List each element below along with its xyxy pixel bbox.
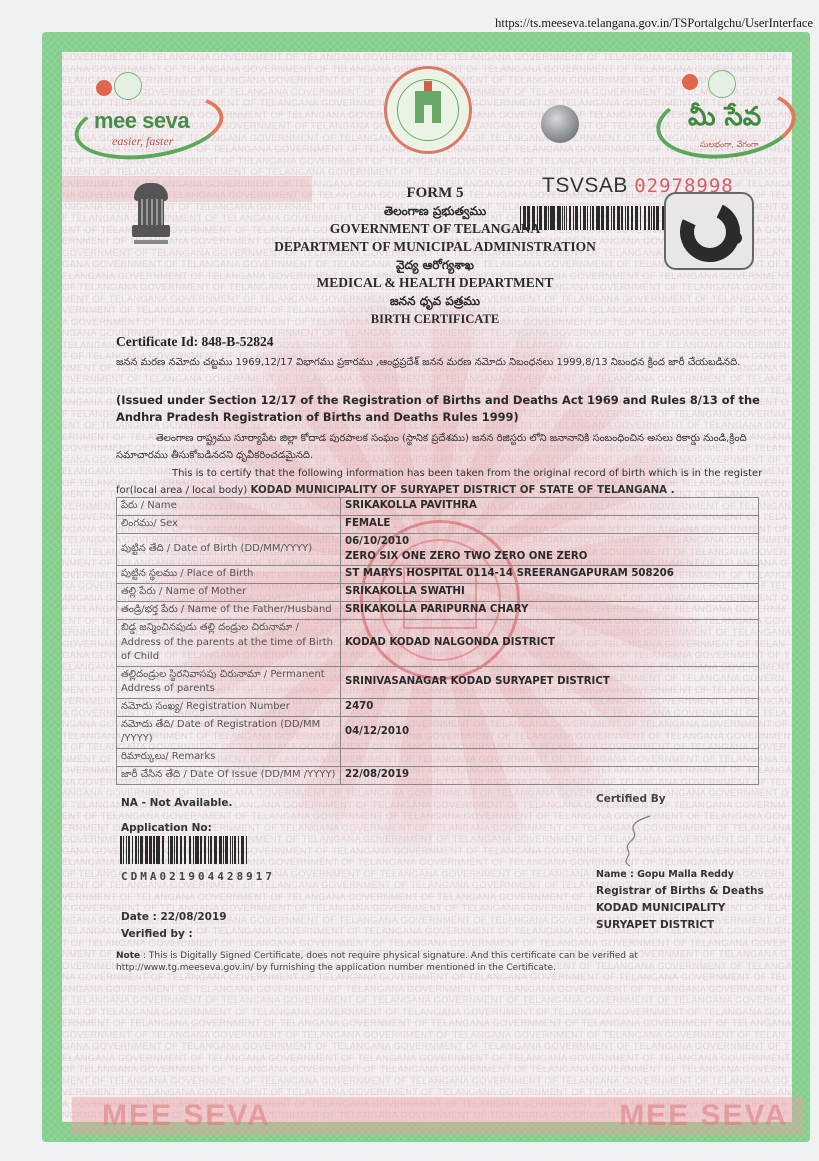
registrar-block: Name : Gopu Malla Reddy Registrar of Bir… [596, 866, 764, 934]
mee-seva-band: MEE SEVA MEE SEVA [72, 1097, 804, 1135]
table-row: పుట్టిన తేది / Date of Birth (DD/MM/YYYY… [117, 534, 759, 566]
browser-url: https://ts.meeseva.telangana.gov.in/TSPo… [495, 16, 813, 31]
signature-icon [610, 810, 670, 870]
field-value [341, 748, 759, 766]
table-row: పేరు / NameSRIKAKOLLA PAVITHRA [117, 498, 759, 516]
field-label: లింగము/ Sex [117, 516, 341, 534]
digital-signature-logo-icon [664, 192, 754, 270]
field-value-words: ZERO SIX ONE ZERO TWO ZERO ONE ZERO [345, 550, 754, 565]
field-label: జారీ చేసిన తేది / Date Of Issue (DD/MM /… [117, 766, 341, 784]
note-label: Note [116, 951, 140, 961]
field-label: బిడ్డ జన్మించినపుడు తల్లి దండ్రుల చిరునా… [117, 620, 341, 667]
application-barcode [120, 836, 248, 864]
table-row: తండ్రి/భర్త పేరు / Name of the Father/Hu… [117, 602, 759, 620]
table-row: జారీ చేసిన తేది / Date Of Issue (DD/MM /… [117, 766, 759, 784]
mee-seva-telugu-logo: మీ సేవ సులభంగా, వేగంగా [650, 74, 800, 164]
band-text-right: MEE SEVA [619, 1099, 788, 1133]
table-row: పుట్టిన స్థలము / Place of BirthST MARYS … [117, 566, 759, 584]
table-row: రిమార్కులు/ Remarks [117, 748, 759, 766]
certified-by-label: Certified By [596, 793, 666, 805]
certificate-title: BIRTH CERTIFICATE [250, 310, 620, 328]
table-row: తల్లిదండ్రుల స్థిరనివాసపు చిరునామా / Per… [117, 666, 759, 698]
field-value: 06/10/2010ZERO SIX ONE ZERO TWO ZERO ONE… [341, 534, 759, 566]
field-label: పుట్టిన తేది / Date of Birth (DD/MM/YYYY… [117, 534, 341, 566]
verified-by: Verified by : [121, 928, 193, 940]
field-label: పుట్టిన స్థలము / Place of Birth [117, 566, 341, 584]
field-value: SRIKAKOLLA PARIPURNA CHARY [341, 602, 759, 620]
logo-tagline: సులభంగా, వేగంగా [700, 140, 758, 151]
field-label: నమోదు సంఖ్య/ Registration Number [117, 698, 341, 716]
smiley-icon [682, 74, 698, 90]
registrar-name: Name : Gopu Malla Reddy [596, 866, 764, 883]
table-row: నమోదు తేది/ Date of Registration (DD/MM … [117, 716, 759, 748]
telangana-emblem-icon [114, 72, 142, 100]
registrar-office: KODAD MUNICIPALITY [596, 900, 764, 917]
table-row: తల్లి పేరు / Name of MotherSRIKAKOLLA SW… [117, 584, 759, 602]
registrar-district: SURYAPET DISTRICT [596, 917, 764, 934]
issue-clause-telugu: జనన మరణ నమోదు చట్టము 1969,12/17 విభాగము … [116, 354, 761, 371]
registrar-title: Registrar of Births & Deaths [596, 883, 764, 900]
table-row: బిడ్డ జన్మించినపుడు తల్లి దండ్రుల చిరునా… [117, 620, 759, 667]
field-value: KODAD KODAD NALGONDA DISTRICT [341, 620, 759, 667]
field-value-line: 06/10/2010 [345, 535, 754, 550]
certify-clause: This is to certify that the following in… [116, 466, 766, 499]
telangana-emblem-icon [708, 70, 736, 98]
field-value: SRINIVASANAGAR KODAD SURYAPET DISTRICT [341, 666, 759, 698]
field-value: 22/08/2019 [341, 766, 759, 784]
application-number: CDMA021904428917 [121, 870, 275, 883]
band-text-left: MEE SEVA [102, 1099, 271, 1133]
issue-clause: (Issued under Section 12/17 of the Regis… [116, 392, 766, 426]
health-department-telugu: వైద్య ఆరోగ్యశాఖ [250, 256, 620, 274]
department-title: DEPARTMENT OF MUNICIPAL ADMINISTRATION [250, 238, 620, 256]
table-row: నమోదు సంఖ్య/ Registration Number2470 [117, 698, 759, 716]
smiley-icon [96, 80, 112, 96]
certificate-id-value: 848-B-52824 [201, 334, 273, 349]
note-text: : This is Digitally Signed Certificate, … [116, 951, 638, 973]
health-department-title: MEDICAL & HEALTH DEPARTMENT [250, 274, 620, 292]
logo-text: mee seva [94, 108, 189, 134]
certificate-id-label: Certificate Id: [116, 334, 198, 349]
logo-text: మీ సేవ [688, 102, 761, 138]
serial-prefix: TSVSAB [542, 174, 628, 197]
field-value: FEMALE [341, 516, 759, 534]
field-label: నమోదు తేది/ Date of Registration (DD/MM … [117, 716, 341, 748]
certificate-id: Certificate Id: 848-B-52824 [116, 334, 273, 350]
hologram-sticker [541, 105, 579, 143]
application-number-label: Application No: [121, 822, 212, 834]
certify-clause-telugu: తెలంగాణ రాష్ట్రము సూర్యాపేట జిల్లా కోదాడ… [116, 430, 761, 464]
na-legend: NA - Not Available. [121, 797, 232, 809]
field-value: 04/12/2010 [341, 716, 759, 748]
field-value: SRIKAKOLLA SWATHI [341, 584, 759, 602]
mee-seva-logo: mee seva easier, faster [72, 76, 232, 166]
verification-note: Note : This is Digitally Signed Certific… [116, 950, 766, 974]
table-row: లింగము/ SexFEMALE [117, 516, 759, 534]
local-body: KODAD MUNICIPALITY OF SURYAPET DISTRICT … [250, 484, 674, 496]
field-value: SRIKAKOLLA PAVITHRA [341, 498, 759, 516]
field-label: తల్లిదండ్రుల స్థిరనివాసపు చిరునామా / Per… [117, 666, 341, 698]
field-label: తల్లి పేరు / Name of Mother [117, 584, 341, 602]
field-label: తండ్రి/భర్త పేరు / Name of the Father/Hu… [117, 602, 341, 620]
birth-details-table: పేరు / NameSRIKAKOLLA PAVITHRAలింగము/ Se… [116, 497, 759, 785]
field-value: ST MARYS HOSPITAL 0114-14 SREERANGAPURAM… [341, 566, 759, 584]
field-value: 2470 [341, 698, 759, 716]
issue-date: Date : 22/08/2019 [121, 911, 227, 923]
ashoka-emblem-icon [130, 183, 172, 249]
field-label: పేరు / Name [117, 498, 341, 516]
government-of-telangana-seal [384, 66, 472, 154]
logo-tagline: easier, faster [112, 134, 173, 149]
field-label: రిమార్కులు/ Remarks [117, 748, 341, 766]
certificate-title-telugu: జనన ధృవ పత్రము [250, 292, 620, 310]
